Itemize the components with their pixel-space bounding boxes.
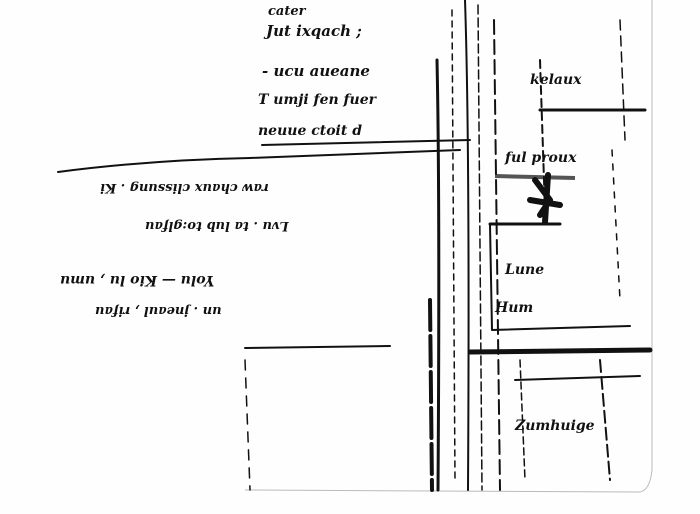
upright-fragment: - ucu aueane xyxy=(262,62,370,80)
upright-fragment: cater xyxy=(268,4,305,19)
inverted-fragment: un . jneaul , rifau xyxy=(95,303,222,318)
inverted-fragment: Lvu . ta lub to:glfau xyxy=(145,218,289,233)
upright-fragment: Jut ixqach ; xyxy=(266,22,362,40)
right-column-fragment: kelaux xyxy=(530,72,582,88)
right-column-fragment: ful proux xyxy=(505,150,576,166)
inverted-fragment: raw chaux clissung . Ki xyxy=(100,180,269,195)
right-column-fragment: Zumhuige xyxy=(515,418,595,434)
inverted-fragment: Yolu — Kio lu , umu xyxy=(60,272,214,288)
upright-fragment: neuue ctoit d xyxy=(258,123,362,139)
right-column-fragment: Lune xyxy=(505,262,544,278)
manuscript-scan: cater Jut ixqach ; - ucu aueane T umji f… xyxy=(0,0,700,514)
upright-fragment: T umji fen fuer xyxy=(258,92,376,108)
right-column-fragment: Hum xyxy=(495,300,533,316)
